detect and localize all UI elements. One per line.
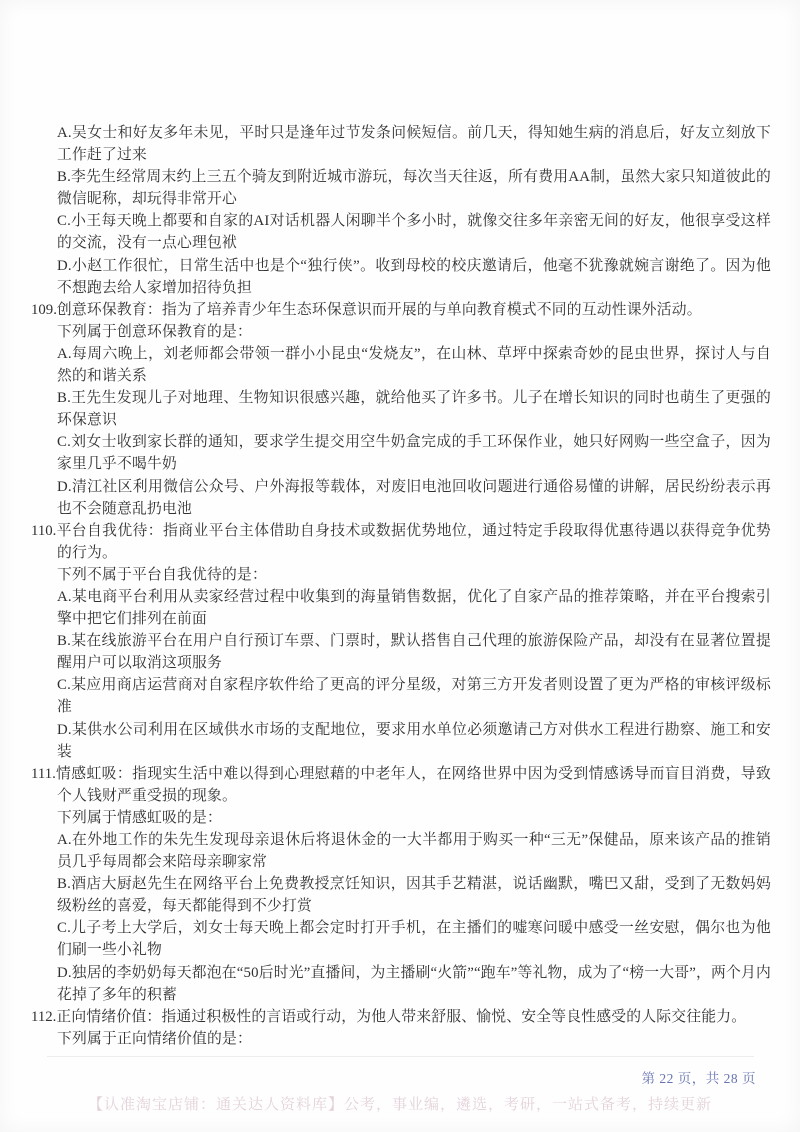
footer-divider [47,1056,754,1057]
option-line: A.吴女士和好友多年未见，平时只是逢年过节发条问候短信。前几天，得知她生病的消息… [31,122,771,166]
option-line: D.某供水公司利用在区域供水市场的支配地位，要求用水单位必须邀请己方对供水工程进… [31,719,771,763]
option-line: A.每周六晚上，刘老师都会带领一群小小昆虫“发烧友”，在山林、草坪中探索奇妙的昆… [31,343,771,387]
page-indicator: 第 22 页，共 28 页 [642,1067,757,1087]
option-line: B.某在线旅游平台在用户自行预订车票、门票时，默认搭售自己代理的旅游保险产品，却… [31,630,771,674]
question-block: 109.创意环保教育：指为了培养青少年生态环保意识而开展的与单向教育模式不同的互… [31,299,771,520]
option-line: B.王先生发现儿子对地理、生物知识很感兴趣，就给他买了许多书。儿子在增长知识的同… [31,387,771,431]
option-line: D.清江社区利用微信公众号、户外海报等载体，对废旧电池回收问题进行通俗易懂的讲解… [31,476,771,520]
option-line: D.小赵工作很忙，日常生活中也是个“独行侠”。收到母校的校庆邀请后，他毫不犹豫就… [31,255,771,299]
option-line: C.小王每天晚上都要和自家的AI对话机器人闲聊半个多小时，就像交往多年亲密无间的… [31,210,771,254]
option-line: D.独居的李奶奶每天都泡在“50后时光”直播间，为主播刷“火箭”“跑车”等礼物，… [31,962,771,1006]
question-stem: 109.创意环保教育：指为了培养青少年生态环保意识而开展的与单向教育模式不同的互… [31,299,771,321]
option-line: C.儿子考上大学后，刘女士每天晚上都会定时打开手机，在主播们的嘘寒问暖中感受一丝… [31,917,771,961]
question-block: 112.正向情绪价值：指通过积极性的言语或行动，为他人带来舒服、愉悦、安全等良性… [31,1006,771,1050]
question-prompt: 下列不属于平台自我优待的是： [31,564,771,586]
page-content: A.吴女士和好友多年未见，平时只是逢年过节发条问候短信。前几天，得知她生病的消息… [31,122,771,1050]
question-prompt: 下列属于正向情绪价值的是： [31,1028,771,1050]
option-line: A.某电商平台利用从卖家经营过程中收集到的海量销售数据，优化了自家产品的推荐策略… [31,586,771,630]
question-block: 111.情感虹吸：指现实生活中难以得到心理慰藉的中老年人，在网络世界中因为受到情… [31,763,771,1006]
question-number: 109. [31,302,57,318]
option-line: C.某应用商店运营商对自家程序软件给了更高的评分星级，对第三方开发者则设置了更为… [31,674,771,718]
option-line: A.在外地工作的朱先生发现母亲退休后将退休金的一大半都用于购买一种“三无”保健品… [31,829,771,873]
question-block: 110.平台自我优待：指商业平台主体借助自身技术或数据优势地位，通过特定手段取得… [31,520,771,763]
exam-page: A.吴女士和好友多年未见，平时只是逢年过节发条问候短信。前几天，得知她生病的消息… [0,0,800,1132]
question-stem: 112.正向情绪价值：指通过积极性的言语或行动，为他人带来舒服、愉悦、安全等良性… [31,1006,771,1028]
option-line: B.酒店大厨赵先生在网络平台上免费教授烹饪知识，因其手艺精湛，说话幽默，嘴巴又甜… [31,873,771,917]
document-page: { "page": { "background_color": "#fefefe… [0,0,800,1132]
option-line: B.李先生经常周末约上三五个骑友到附近城市游玩，每次当天往返，所有费用AA制，虽… [31,166,771,210]
store-watermark: 【认准淘宝店铺：通关达人资料库】公考，事业编，遴选，考研，一站式备考，持续更新 [0,1093,800,1114]
previous-question-options: A.吴女士和好友多年未见，平时只是逢年过节发条问候短信。前几天，得知她生病的消息… [31,122,771,299]
question-prompt: 下列属于情感虹吸的是： [31,807,771,829]
question-stem: 111.情感虹吸：指现实生活中难以得到心理慰藉的中老年人，在网络世界中因为受到情… [31,763,771,807]
question-number: 111. [31,766,56,782]
question-number: 110. [31,523,56,539]
question-number: 112. [31,1009,56,1025]
question-stem: 110.平台自我优待：指商业平台主体借助自身技术或数据优势地位，通过特定手段取得… [31,520,771,564]
question-prompt: 下列属于创意环保教育的是： [31,321,771,343]
option-line: C.刘女士收到家长群的通知，要求学生提交用空牛奶盒完成的手工环保作业，她只好网购… [31,431,771,475]
questions-list: 109.创意环保教育：指为了培养青少年生态环保意识而开展的与单向教育模式不同的互… [31,299,771,1050]
